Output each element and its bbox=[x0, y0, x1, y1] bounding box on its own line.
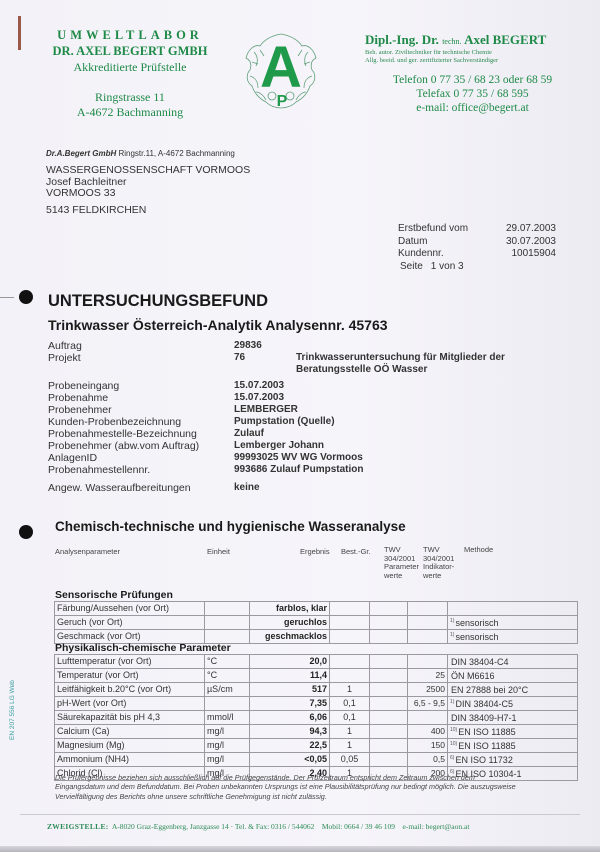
twv-param-cell bbox=[370, 711, 408, 725]
table-row: Säurekapazität bis pH 4,3mmol/l6,060,1DI… bbox=[55, 711, 578, 725]
col-header-param: Analysenparameter bbox=[55, 548, 120, 557]
col-header-result: Ergebnis bbox=[300, 548, 330, 557]
method-cell: DIN 38409-H7-1 bbox=[448, 711, 578, 725]
result-cell: 94,3 bbox=[250, 725, 330, 739]
method-cell bbox=[448, 602, 578, 616]
meta-page: Seite1 von 3 bbox=[398, 261, 556, 274]
footer-email[interactable]: e-mail: begert@aon.at bbox=[403, 822, 470, 831]
footnote-marker: 10) bbox=[450, 727, 457, 733]
result-cell: 7,35 bbox=[250, 697, 330, 711]
lab-header: UMWELTLABOR DR. AXEL BEGERT GMBH Akkredi… bbox=[30, 28, 230, 120]
engineer-header: Dipl.-Ing. Dr. techn. Axel BEGERT Beh. a… bbox=[365, 32, 580, 115]
twv-param-cell bbox=[370, 725, 408, 739]
branch-footer: ZWEIGSTELLE: A-8020 Graz-Eggenberg, Janz… bbox=[47, 822, 469, 831]
method-cell: 6)EN ISO 11732 bbox=[448, 753, 578, 767]
twv-indicator-cell: 25 bbox=[408, 669, 448, 683]
method-cell: EN 27888 bei 20°C bbox=[448, 683, 578, 697]
fax: Telefax 0 77 35 / 68 595 bbox=[365, 87, 580, 101]
result-cell: geschmacklos bbox=[250, 630, 330, 644]
recipient-address: WASSERGENOSSENSCHAFT VORMOOS Josef Bachl… bbox=[46, 165, 250, 216]
report-meta: Erstbefund vom29.07.2003 Datum30.07.2003… bbox=[398, 223, 556, 274]
bullet-icon bbox=[19, 525, 33, 539]
group-title-sensory: Sensorische Prüfungen bbox=[55, 589, 173, 601]
method-cell: 1)sensorisch bbox=[448, 630, 578, 644]
param-cell: Säurekapazität bis pH 4,3 bbox=[55, 711, 205, 725]
col-header-limit: Best.-Gr. bbox=[341, 548, 371, 557]
param-cell: Geruch (vor Ort) bbox=[55, 616, 205, 630]
result-cell: <0,05 bbox=[250, 753, 330, 767]
method-cell: ÖN M6616 bbox=[448, 669, 578, 683]
method-cell: 1)sensorisch bbox=[448, 616, 578, 630]
table-row: Temperatur (vor Ort)°C11,425ÖN M6616 bbox=[55, 669, 578, 683]
lab-street: Ringstrasse 11 bbox=[30, 90, 230, 105]
engineer-title-2: Allg. beeid. und ger. zertifizierter Sac… bbox=[365, 57, 580, 65]
col-header-twv-param: TWV 304/2001 Parameter werte bbox=[384, 546, 424, 581]
meta-customer-no: Kundennr.10015904 bbox=[398, 248, 556, 261]
table-row: Geruch (vor Ort)geruchlos1)sensorisch bbox=[55, 616, 578, 630]
result-cell: farblos, klar bbox=[250, 602, 330, 616]
analysis-title: Chemisch-technische und hygienische Wass… bbox=[55, 519, 406, 534]
twv-param-cell bbox=[370, 655, 408, 669]
twv-param-cell bbox=[370, 630, 408, 644]
col-header-unit: Einheit bbox=[207, 548, 230, 557]
twv-indicator-cell: 400 bbox=[408, 725, 448, 739]
unit-cell: mg/l bbox=[205, 739, 250, 753]
table-row: Magnesium (Mg)mg/l22,5115010)EN ISO 1188… bbox=[55, 739, 578, 753]
punch-mark bbox=[18, 16, 21, 50]
table-row: Leitfähigkeit b.20°C (vor Ort)µS/cm51712… bbox=[55, 683, 578, 697]
unit-cell: µS/cm bbox=[205, 683, 250, 697]
method-cell: 1)DIN 38404-C5 bbox=[448, 697, 578, 711]
unit-cell: mg/l bbox=[205, 753, 250, 767]
disclaimer: Die Prüfergebnisse beziehen sich ausschl… bbox=[55, 773, 525, 801]
twv-param-cell bbox=[370, 602, 408, 616]
engineer-name: Dipl.-Ing. Dr. techn. Axel BEGERT bbox=[365, 32, 580, 48]
sender-line: Dr.A.Begert GmbH Ringstr.11, A-4672 Bach… bbox=[46, 149, 235, 158]
lab-city: A-4672 Bachmanning bbox=[30, 105, 230, 120]
footnote-marker: 1) bbox=[450, 618, 454, 624]
param-cell: pH-Wert (vor Ort) bbox=[55, 697, 205, 711]
unit-cell: mg/l bbox=[205, 725, 250, 739]
result-cell: 22,5 bbox=[250, 739, 330, 753]
result-cell: 20,0 bbox=[250, 655, 330, 669]
footnote-marker: 1) bbox=[450, 699, 454, 705]
limit-cell: 1 bbox=[330, 739, 370, 753]
table-row: Lufttemperatur (vor Ort)°C20,0DIN 38404-… bbox=[55, 655, 578, 669]
param-cell: Färbung/Aussehen (vor Ort) bbox=[55, 602, 205, 616]
col-header-method: Methode bbox=[464, 546, 493, 555]
param-cell: Calcium (Ca) bbox=[55, 725, 205, 739]
eagle-ap-logo-icon: A P bbox=[240, 30, 322, 112]
footnote-marker: 1) bbox=[450, 632, 454, 638]
footnote-marker: 6) bbox=[450, 755, 454, 761]
method-cell: 10)EN ISO 11885 bbox=[448, 725, 578, 739]
limit-cell: 1 bbox=[330, 683, 370, 697]
bullet-icon bbox=[19, 290, 33, 304]
result-cell: geruchlos bbox=[250, 616, 330, 630]
twv-param-cell bbox=[370, 753, 408, 767]
unit-cell bbox=[205, 602, 250, 616]
twv-param-cell bbox=[370, 683, 408, 697]
divider bbox=[0, 297, 14, 298]
limit-cell bbox=[330, 602, 370, 616]
engineer-title-1: Beh. autor. Ziviltechniker für technisch… bbox=[365, 49, 580, 57]
unit-cell: °C bbox=[205, 669, 250, 683]
result-cell: 517 bbox=[250, 683, 330, 697]
twv-indicator-cell: 2500 bbox=[408, 683, 448, 697]
footer-divider bbox=[20, 814, 580, 815]
group-title-physchem: Physikalisch-chemische Parameter bbox=[55, 642, 231, 654]
param-cell: Temperatur (vor Ort) bbox=[55, 669, 205, 683]
twv-indicator-cell bbox=[408, 711, 448, 725]
twv-param-cell bbox=[370, 669, 408, 683]
param-cell: Leitfähigkeit b.20°C (vor Ort) bbox=[55, 683, 205, 697]
report-title: UNTERSUCHUNGSBEFUND bbox=[48, 292, 268, 311]
twv-param-cell bbox=[370, 616, 408, 630]
form-code: EN 207 556 LG Web bbox=[9, 660, 16, 740]
footnote-marker: 10) bbox=[450, 741, 457, 747]
twv-indicator-cell: 150 bbox=[408, 739, 448, 753]
table-row: Färbung/Aussehen (vor Ort)farblos, klar bbox=[55, 602, 578, 616]
lab-accreditation: Akkreditierte Prüfstelle bbox=[30, 60, 230, 75]
result-cell: 6,06 bbox=[250, 711, 330, 725]
meta-first-report: Erstbefund vom29.07.2003 bbox=[398, 223, 556, 236]
document-page: UMWELTLABOR DR. AXEL BEGERT GMBH Akkredi… bbox=[0, 0, 600, 852]
method-cell: DIN 38404-C4 bbox=[448, 655, 578, 669]
scan-edge bbox=[0, 846, 600, 852]
report-subtitle: Trinkwasser Österreich-Analytik Analysen… bbox=[48, 317, 388, 333]
twv-param-cell bbox=[370, 739, 408, 753]
param-cell: Lufttemperatur (vor Ort) bbox=[55, 655, 205, 669]
twv-param-cell bbox=[370, 697, 408, 711]
physchem-table: Lufttemperatur (vor Ort)°C20,0DIN 38404-… bbox=[54, 654, 578, 781]
twv-indicator-cell: 6,5 - 9,5 bbox=[408, 697, 448, 711]
unit-cell bbox=[205, 616, 250, 630]
phone: Telefon 0 77 35 / 68 23 oder 68 59 bbox=[365, 73, 580, 87]
limit-cell: 0,05 bbox=[330, 753, 370, 767]
method-cell: 10)EN ISO 11885 bbox=[448, 739, 578, 753]
table-row: pH-Wert (vor Ort)7,350,16,5 - 9,51)DIN 3… bbox=[55, 697, 578, 711]
param-cell: Ammonium (NH4) bbox=[55, 753, 205, 767]
lab-name: UMWELTLABOR bbox=[30, 28, 230, 43]
svg-text:P: P bbox=[277, 93, 288, 110]
table-row: Ammonium (NH4)mg/l<0,050,050,56)EN ISO 1… bbox=[55, 753, 578, 767]
twv-indicator-cell bbox=[408, 655, 448, 669]
email-link[interactable]: e-mail: office@begert.at bbox=[365, 101, 580, 115]
result-cell: 11,4 bbox=[250, 669, 330, 683]
limit-cell bbox=[330, 669, 370, 683]
sensory-table: Färbung/Aussehen (vor Ort)farblos, klarG… bbox=[54, 601, 578, 644]
unit-cell bbox=[205, 697, 250, 711]
limit-cell: 1 bbox=[330, 725, 370, 739]
twv-indicator-cell bbox=[408, 616, 448, 630]
param-cell: Magnesium (Mg) bbox=[55, 739, 205, 753]
lab-company: DR. AXEL BEGERT GMBH bbox=[30, 44, 230, 59]
unit-cell: mmol/l bbox=[205, 711, 250, 725]
twv-indicator-cell bbox=[408, 630, 448, 644]
limit-cell: 0,1 bbox=[330, 697, 370, 711]
limit-cell bbox=[330, 655, 370, 669]
limit-cell: 0,1 bbox=[330, 711, 370, 725]
col-header-twv-ind: TWV 304/2001 Indikator- werte bbox=[423, 546, 463, 581]
unit-cell: °C bbox=[205, 655, 250, 669]
limit-cell bbox=[330, 630, 370, 644]
limit-cell bbox=[330, 616, 370, 630]
table-row: Calcium (Ca)mg/l94,3140010)EN ISO 11885 bbox=[55, 725, 578, 739]
twv-indicator-cell bbox=[408, 602, 448, 616]
svg-text:A: A bbox=[260, 35, 302, 100]
meta-date: Datum30.07.2003 bbox=[398, 236, 556, 249]
twv-indicator-cell: 0,5 bbox=[408, 753, 448, 767]
